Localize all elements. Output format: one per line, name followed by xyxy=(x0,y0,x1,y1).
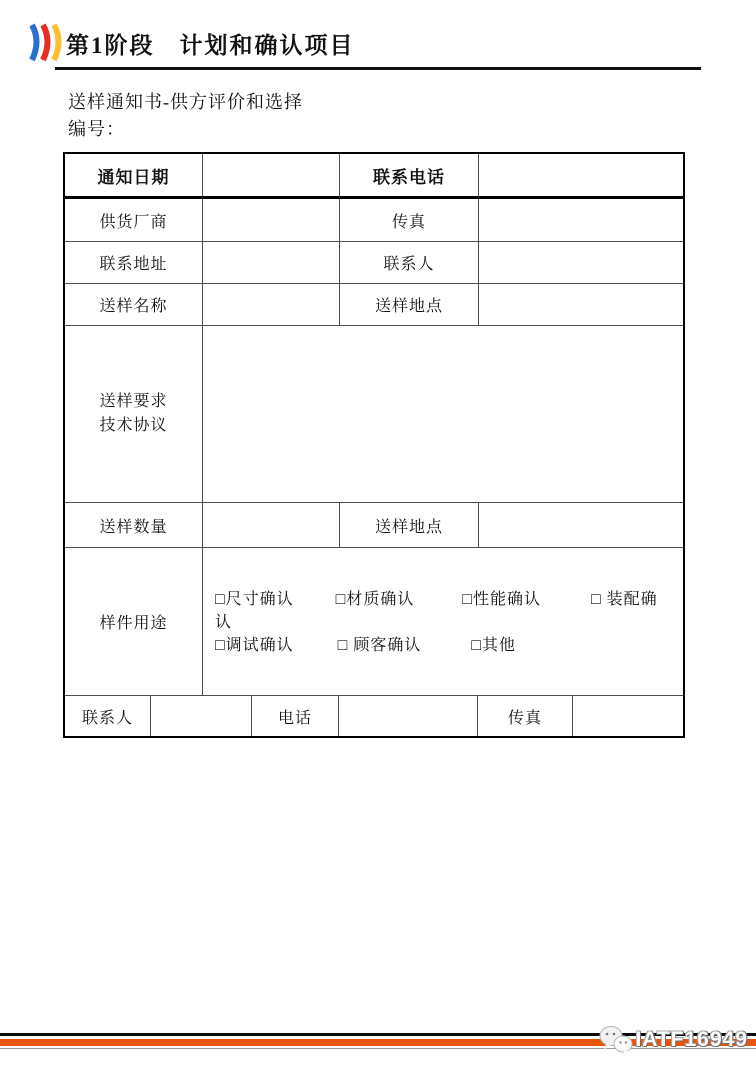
sample-quantity-value xyxy=(203,503,340,548)
contact-phone-value xyxy=(479,154,683,199)
sample-requirements-value xyxy=(203,326,683,503)
sample-requirements-label-line2: 技术协议 xyxy=(99,414,167,438)
contact-person-label: 联系人 xyxy=(340,242,479,284)
option-assembly-confirm-part2: 认 xyxy=(215,614,232,631)
option-material-confirm: □材质确认 xyxy=(336,591,415,608)
triple-chevron-logo xyxy=(28,22,64,64)
supplier-value xyxy=(203,199,340,242)
sample-name-label: 送样名称 xyxy=(65,284,203,326)
footer-contact-value xyxy=(151,696,252,736)
sample-requirements-label: 送样要求 技术协议 xyxy=(65,326,203,503)
purpose-options-line1: □尺寸确认□材质确认□性能确认□ 装配确 xyxy=(215,588,677,611)
footer-fax-label: 传真 xyxy=(478,696,573,736)
option-performance-confirm: □性能确认 xyxy=(462,591,541,608)
chevron-stripes-icon xyxy=(28,22,64,64)
watermark-text: IATF16949 xyxy=(636,1028,749,1052)
option-size-confirm: □尺寸确认 xyxy=(215,591,294,608)
page-title: 第1阶段 计划和确认项目 xyxy=(66,27,355,60)
sample-requirements-label-line1: 送样要求 xyxy=(99,390,167,414)
contact-person-value xyxy=(479,242,683,284)
footer-fax-value xyxy=(573,696,683,736)
footer-phone-label: 电话 xyxy=(252,696,339,736)
fax-value xyxy=(479,199,683,242)
sample-name-value xyxy=(203,284,340,326)
document-number-label: 编号： xyxy=(68,115,125,141)
purpose-options-line2: 认 xyxy=(215,611,677,634)
sample-purpose-options: □尺寸确认□材质确认□性能确认□ 装配确 认 □调试确认□ 顾客确认□其他 xyxy=(203,548,683,696)
sample-location-value xyxy=(479,284,683,326)
fax-label: 传真 xyxy=(340,199,479,242)
watermark: IATF16949 xyxy=(599,1022,749,1058)
sample-location2-label: 送样地点 xyxy=(340,503,479,548)
purpose-options-line3: □调试确认□ 顾客确认□其他 xyxy=(215,634,677,657)
option-assembly-confirm-part1: □ 装配确 xyxy=(591,591,658,608)
sample-location-label: 送样地点 xyxy=(340,284,479,326)
sample-purpose-label: 样件用途 xyxy=(65,548,203,696)
sample-notice-form: 通知日期 联系电话 供货厂商 传真 联系地址 联系人 送样名称 送样地点 送样要… xyxy=(63,152,685,738)
contact-address-value xyxy=(203,242,340,284)
document-subtitle: 送样通知书-供方评价和选择 xyxy=(68,88,303,114)
title-underline xyxy=(55,67,701,70)
option-other: □其他 xyxy=(471,637,516,654)
contact-phone-label: 联系电话 xyxy=(340,154,479,199)
option-debug-confirm: □调试确认 xyxy=(215,637,294,654)
option-customer-confirm: □ 顾客确认 xyxy=(338,637,422,654)
supplier-label: 供货厂商 xyxy=(65,199,203,242)
contact-address-label: 联系地址 xyxy=(65,242,203,284)
footer-contact-label: 联系人 xyxy=(65,696,151,736)
notice-date-value xyxy=(203,154,340,199)
sample-quantity-label: 送样数量 xyxy=(65,503,203,548)
notice-date-label: 通知日期 xyxy=(65,154,203,199)
footer-phone-value xyxy=(339,696,478,736)
sample-location2-value xyxy=(479,503,683,548)
wechat-icon xyxy=(599,1024,633,1056)
